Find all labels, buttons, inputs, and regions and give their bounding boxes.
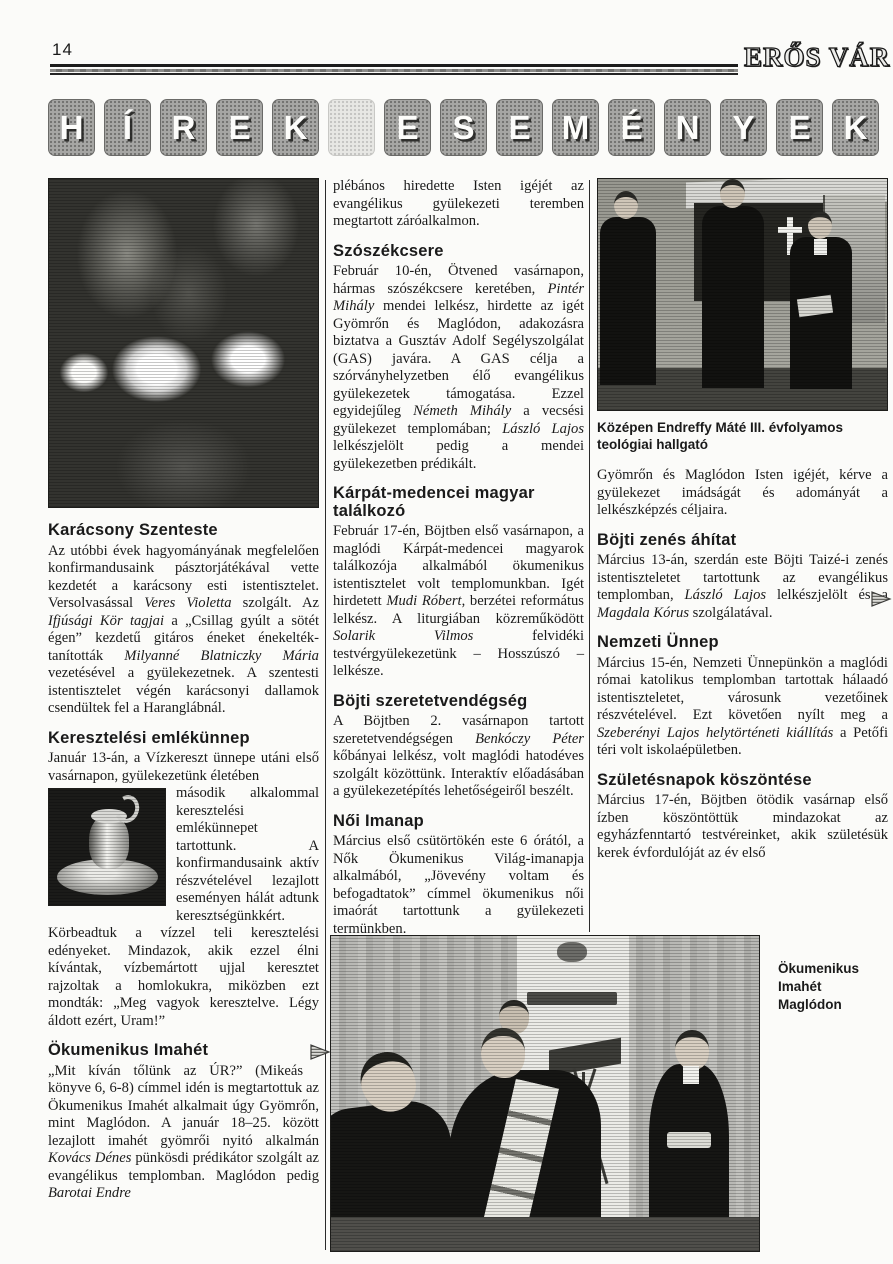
- article-paragraph: Február 10-én, Ötvened vasárnapon, hárma…: [333, 263, 584, 473]
- article-paragraph: Az utóbbi évek hagyományának megfelelően…: [48, 543, 319, 718]
- article-paragraph: „Mit kíván tőlünk az ÚR?” (Mikeás könyve…: [48, 1063, 319, 1203]
- column-left: Karácsony Szenteste Az utóbbi évek hagyo…: [48, 178, 319, 1203]
- header-rule: [50, 64, 738, 75]
- article: Keresztelési emlékünnep Január 13-án, a …: [48, 730, 319, 1031]
- article-heading: Szószékcsere: [333, 243, 584, 261]
- header-rule-middle: [50, 69, 738, 72]
- endreffy-mate-photo: [597, 178, 888, 411]
- banner-tile: M: [552, 99, 599, 156]
- column-right: Középen Endreffy Máté III. évfolyamos te…: [597, 178, 888, 862]
- column-divider: [325, 180, 326, 1250]
- article: Női Imanap Március első csütörtökén este…: [333, 813, 584, 939]
- ecumenical-prayer-week-photo: [330, 935, 760, 1252]
- banner-tile-letter: E: [788, 109, 810, 147]
- photo-texture: [598, 179, 887, 410]
- article: Karácsony Szenteste Az utóbbi évek hagyo…: [48, 522, 319, 718]
- banner-tile-letter: R: [172, 109, 196, 147]
- christmas-eve-photo: [48, 178, 319, 508]
- banner-tile-letter: K: [284, 109, 308, 147]
- article: Ökumenikus Imahét „Mit kíván tőlünk az Ú…: [48, 1042, 319, 1203]
- newspaper-page: 14 ERŐS VÁR H Í R E K E S E M É N Y E K …: [0, 0, 893, 1264]
- article-paragraph: Március 13-án, szerdán este Böjti Taizé-…: [597, 552, 888, 622]
- banner-tile: Í: [104, 99, 151, 156]
- banner-tile: E: [216, 99, 263, 156]
- article-paragraph: Március 15-én, Nemzeti Ünnepünkön a magl…: [597, 655, 888, 760]
- banner-tile-letter: E: [508, 109, 530, 147]
- article-heading: Böjti szeretetvendégség: [333, 693, 584, 711]
- banner-tile: S: [440, 99, 487, 156]
- article: Nemzeti Ünnep Március 15-én, Nemzeti Ünn…: [597, 634, 888, 760]
- photo-texture: [331, 936, 759, 1251]
- banner-tile: R: [160, 99, 207, 156]
- article-heading: Női Imanap: [333, 813, 584, 831]
- article: Böjti zenés áhítat Március 13-án, szerdá…: [597, 532, 888, 623]
- news-events-banner: H Í R E K E S E M É N Y E K: [48, 99, 879, 156]
- photo-caption: Középen Endreffy Máté III. évfolyamos te…: [597, 419, 888, 453]
- article-paragraph: Március első csütörtökén este 6 órától, …: [333, 833, 584, 938]
- article: Születésnapok köszöntése Március 17-én, …: [597, 772, 888, 863]
- photo-texture: [49, 789, 165, 905]
- article-paragraph: Február 17-én, Böjtben első vasárnapon, …: [333, 523, 584, 681]
- banner-tile-letter: S: [452, 109, 474, 147]
- article: Böjti szeretetvendégség A Böjtben 2. vas…: [333, 693, 584, 801]
- article: Kárpát-medencei magyar találkozó Február…: [333, 485, 584, 681]
- banner-tile-letter: H: [60, 109, 84, 147]
- banner-tile: E: [776, 99, 823, 156]
- article-heading: Kárpát-medencei magyar találkozó: [333, 485, 584, 520]
- article-heading: Nemzeti Ünnep: [597, 634, 888, 652]
- continued-arrow-icon: [309, 1044, 331, 1065]
- header-rule-top: [50, 64, 738, 67]
- banner-tile-letter: E: [396, 109, 418, 147]
- banner-tile-letter: Í: [123, 109, 132, 147]
- banner-spacer-tile: [328, 99, 375, 156]
- article-heading: Karácsony Szenteste: [48, 522, 319, 540]
- article-heading: Születésnapok köszöntése: [597, 772, 888, 790]
- column-middle: plébános hiredette Isten igéjét az evang…: [333, 178, 584, 1006]
- banner-tile-letter: É: [620, 109, 642, 147]
- continuation-paragraph: plébános hiredette Isten igéjét az evang…: [333, 178, 584, 231]
- banner-tile-letter: E: [228, 109, 250, 147]
- banner-tile: H: [48, 99, 95, 156]
- continuation-paragraph: Gyömrőn és Maglódon Isten igéjét, kérve …: [597, 467, 888, 520]
- banner-tile-letter: M: [562, 109, 590, 147]
- article-heading: Böjti zenés áhítat: [597, 532, 888, 550]
- masthead-title: ERŐS VÁR: [744, 42, 890, 73]
- header-rule-bottom: [50, 73, 738, 75]
- article-paragraph: Március 17-én, Böjtben ötödik vasárnap e…: [597, 792, 888, 862]
- photo-texture: [49, 179, 318, 507]
- banner-tile: É: [608, 99, 655, 156]
- banner-tile: E: [496, 99, 543, 156]
- continued-arrow-icon: [870, 591, 892, 613]
- article-paragraph: A Böjtben 2. vasárnapon tartott szeretet…: [333, 713, 584, 801]
- banner-tile: K: [272, 99, 319, 156]
- banner-tile-letter: Y: [732, 109, 754, 147]
- article-heading: Keresztelési emlékünnep: [48, 730, 319, 748]
- article-paragraph: második alkalommal keresztelési emlékünn…: [48, 785, 319, 1030]
- banner-tile: Y: [720, 99, 767, 156]
- banner-tile-letter: K: [844, 109, 868, 147]
- column-divider: [589, 180, 590, 932]
- banner-tile-letter: N: [676, 109, 700, 147]
- page-number: 14: [52, 40, 73, 60]
- article-paragraph: Január 13-án, a Vízkereszt ünnepe utáni …: [48, 750, 319, 785]
- banner-tile: K: [832, 99, 879, 156]
- banner-tile: N: [664, 99, 711, 156]
- photo-caption: Ökumenikus Imahét Maglódon: [778, 960, 886, 1014]
- article: Szószékcsere Február 10-én, Ötvened vasá…: [333, 243, 584, 474]
- article-heading: Ökumenikus Imahét: [48, 1042, 319, 1060]
- baptism-jug-photo: [48, 788, 166, 906]
- banner-tile: E: [384, 99, 431, 156]
